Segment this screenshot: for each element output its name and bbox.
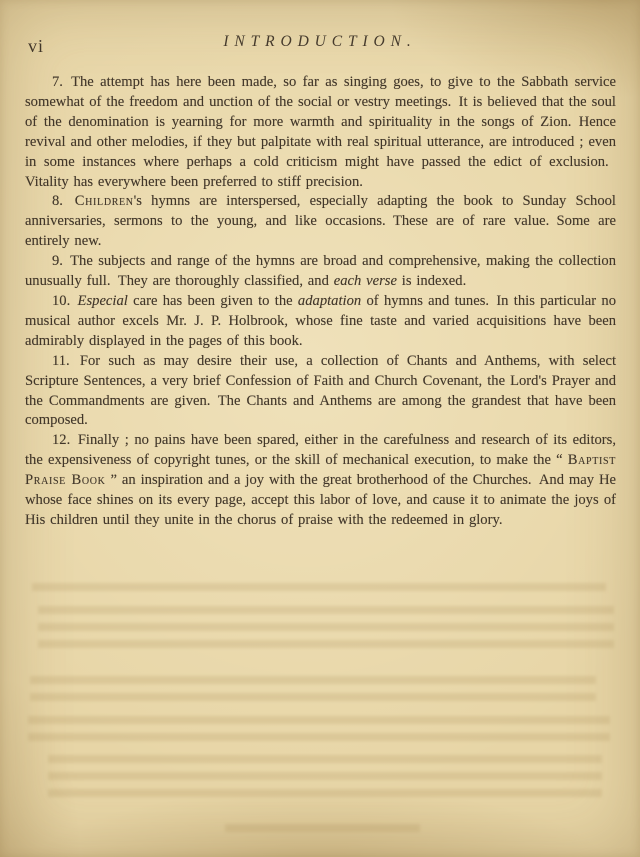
paragraph-number: 7. <box>52 74 65 90</box>
bleedthrough-ghost-block <box>38 606 614 654</box>
paragraph-text-italic: Especial <box>72 293 128 309</box>
paragraph-number: 10. <box>52 293 72 309</box>
paragraph-9: 9. The subjects and range of the hymns a… <box>25 252 616 292</box>
paragraph-number: 12. <box>52 432 72 448</box>
bleedthrough-ghost-line <box>32 583 606 593</box>
paragraph-number: 8. <box>52 193 65 209</box>
paragraph-text-smallcaps: Children <box>65 193 134 209</box>
paragraph-10: 10. Especial care has been given to the … <box>25 292 616 352</box>
paragraph-8: 8. Children's hymns are interspersed, es… <box>25 192 616 252</box>
paragraph-text: ” an inspiration and a joy with the grea… <box>25 472 616 528</box>
introduction-text: 7. The attempt has here been made, so fa… <box>25 73 616 531</box>
scanned-book-page: vi INTRODUCTION. 7. The attempt has here… <box>0 0 640 857</box>
bleedthrough-ghost-block <box>30 676 596 708</box>
paragraph-text: Finally ; no pains have been spared, eit… <box>25 432 616 468</box>
paragraph-number: 9. <box>52 253 65 269</box>
page-title: INTRODUCTION. <box>0 33 640 51</box>
paragraph-number: 11. <box>52 353 72 369</box>
paragraph-text: For such as may desire their use, a coll… <box>25 353 616 429</box>
paragraph-text: The subjects and range of the hymns are … <box>25 253 616 289</box>
paragraph-12: 12. Finally ; no pains have been spared,… <box>25 431 616 531</box>
paragraph-7: 7. The attempt has here been made, so fa… <box>25 73 616 192</box>
paragraph-11: 11. For such as may desire their use, a … <box>25 352 616 432</box>
bleedthrough-ghost-block <box>48 755 602 805</box>
paragraph-text-italic: adaptation <box>298 293 361 309</box>
paragraph-text: is indexed. <box>397 273 466 289</box>
paragraph-text: care has been given to the <box>128 293 298 309</box>
paragraph-text-italic: each verse <box>334 273 397 289</box>
paragraph-text: The attempt has here been made, so far a… <box>25 74 616 190</box>
bleedthrough-ghost-centered-line <box>225 824 420 834</box>
bleedthrough-ghost-block <box>28 716 610 746</box>
